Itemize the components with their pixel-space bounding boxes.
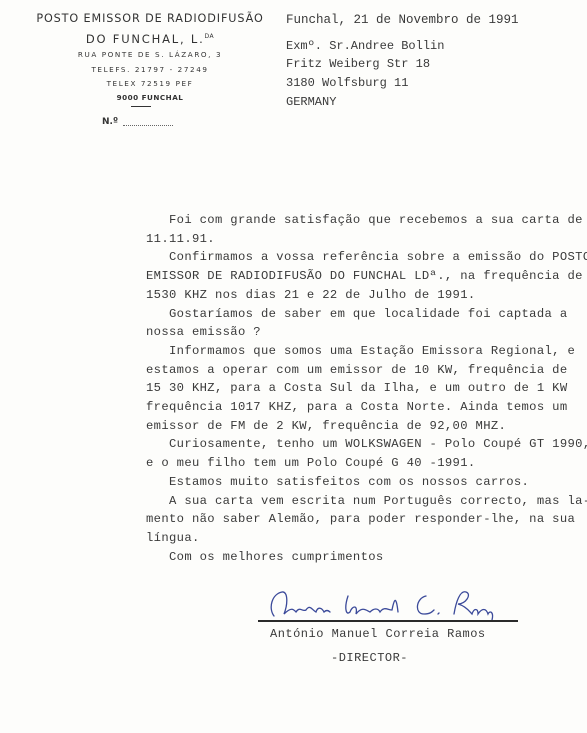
- body-line: 15 30 KHZ, para a Costa Sul da Ilha, e u…: [146, 381, 568, 395]
- letterhead-company-name-2: DO FUNCHAL, L.DA: [0, 32, 300, 46]
- recipient-line: Fritz Weiberg Str 18: [286, 57, 430, 71]
- body-line: emissor de FM de 2 KW, frequência de 92,…: [146, 419, 506, 433]
- body-line: Foi com grande satisfação que recebemos …: [146, 213, 583, 227]
- body-line: Gostaríamos de saber em que localidade f…: [146, 307, 568, 321]
- letterhead-line2: DO FUNCHAL, L.: [86, 32, 205, 46]
- letterhead-company-name: POSTO EMISSOR DE RADIODIFUSÃO: [0, 12, 300, 25]
- letterhead-telex: TELEX 72519 PEF: [0, 79, 300, 88]
- body-line: frequência 1017 KHZ, para a Costa Norte.…: [146, 400, 568, 414]
- signature-line: [258, 620, 518, 622]
- body-line: nossa emissão ?: [146, 325, 261, 339]
- body-line: 11.11.91.: [146, 232, 215, 246]
- body-line: Estamos muito satisfeitos com os nossos …: [146, 475, 529, 489]
- body-line: A sua carta vem escrita num Português co…: [146, 494, 587, 508]
- letterhead-divider: [131, 106, 151, 107]
- signer-name: António Manuel Correia Ramos: [270, 627, 486, 641]
- body-line: língua.: [146, 531, 200, 545]
- body-line: mento não saber Alemão, para poder respo…: [146, 512, 575, 526]
- reference-number-label: N.º: [102, 117, 118, 127]
- body-line: EMISSOR DE RADIODIFUSÃO DO FUNCHAL LDª.,…: [146, 269, 583, 283]
- letterhead-city: 9000 FUNCHAL: [0, 93, 300, 102]
- reference-number-field: [123, 125, 173, 126]
- body-line: e o meu filho tem um Polo Coupé G 40 -19…: [146, 456, 476, 470]
- handwritten-signature: [266, 586, 496, 622]
- body-line: estamos a operar com um emissor de 10 KW…: [146, 363, 568, 377]
- letterhead-line2-sup: DA: [205, 33, 215, 40]
- body-line: Com os melhores cumprimentos: [146, 550, 384, 564]
- recipient-line: 3180 Wolfsburg 11: [286, 76, 408, 90]
- letterhead-phones: TELEFS. 21797 - 27249: [0, 65, 300, 74]
- body-line: 1530 KHZ nos dias 21 e 22 de Julho de 19…: [146, 288, 476, 302]
- recipient-line: Exmº. Sr.Andree Bollin: [286, 39, 444, 53]
- body-line: Confirmamos a vossa referência sobre a e…: [146, 250, 587, 264]
- letterhead-address: RUA PONTE DE S. LÁZARO, 3: [0, 50, 300, 59]
- date-line: Funchal, 21 de Novembro de 1991: [286, 13, 519, 27]
- body-line: Informamos que somos uma Estação Emissor…: [146, 344, 575, 358]
- recipient-line: GERMANY: [286, 95, 336, 109]
- signer-title: -DIRECTOR-: [331, 651, 408, 665]
- body-line: Curiosamente, tenho um WOLKSWAGEN - Polo…: [146, 437, 587, 451]
